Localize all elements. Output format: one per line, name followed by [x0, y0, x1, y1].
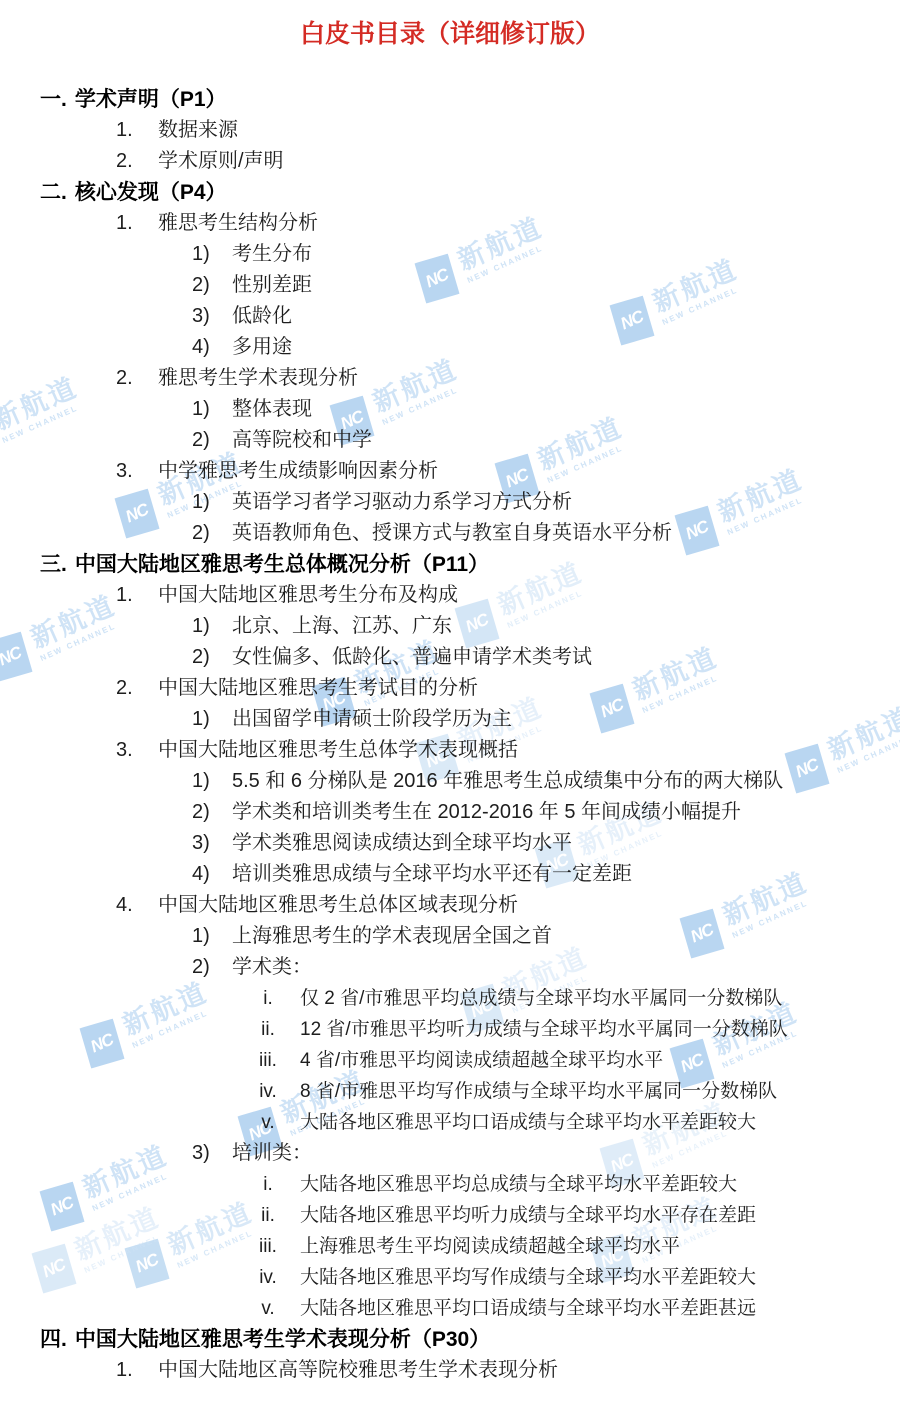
toc-item: 3)培训类：: [0, 1138, 900, 1169]
toc-item-text: 学术类：: [232, 956, 312, 978]
toc-item-text: 中国大陆地区高等院校雅思考生学术表现分析: [158, 1359, 558, 1381]
toc-item-text: 中国大陆地区雅思考生分布及构成: [158, 584, 458, 606]
toc-item-number: 3.: [116, 735, 158, 766]
toc-item: 1)出国留学申请硕士阶段学历为主: [0, 704, 900, 735]
toc-item-number: 3): [192, 828, 232, 859]
toc-item-text: 性别差距: [232, 274, 312, 296]
toc-item: 1.雅思考生结构分析: [0, 208, 900, 239]
toc-item: i.仅 2 省/市雅思平均总成绩与全球平均水平属同一分数梯队: [0, 983, 900, 1014]
toc-item: 1.数据来源: [0, 115, 900, 146]
toc-item: 2)学术类：: [0, 952, 900, 983]
toc-item-text: 中国大陆地区雅思考生总体概况分析（P11）: [75, 553, 489, 576]
toc-item-text: 出国留学申请硕士阶段学历为主: [232, 708, 512, 730]
toc-item: i.大陆各地区雅思平均总成绩与全球平均水平差距较大: [0, 1169, 900, 1200]
toc-item: iv.大陆各地区雅思平均写作成绩与全球平均水平差距较大: [0, 1262, 900, 1293]
toc-item-number: 3.: [116, 456, 158, 487]
toc-item-text: 中国大陆地区雅思考生总体学术表现概括: [158, 739, 518, 761]
toc-item-number: ii.: [243, 1200, 293, 1231]
toc-item: 2)学术类和培训类考生在 2012-2016 年 5 年间成绩小幅提升: [0, 797, 900, 828]
toc-item-text: 雅思考生学术表现分析: [158, 367, 358, 389]
toc-item-text: 多用途: [232, 336, 292, 358]
toc-item-number: 2): [192, 270, 232, 301]
toc-item-number: iv.: [243, 1076, 293, 1107]
toc-item-text: 中学雅思考生成绩影响因素分析: [158, 460, 438, 482]
toc-item-number: 1.: [116, 115, 158, 146]
toc-item: 2.中国大陆地区雅思考生考试目的分析: [0, 673, 900, 704]
toc-section-heading: 四.中国大陆地区雅思考生学术表现分析（P30）: [0, 1324, 900, 1355]
toc-item: ii.12 省/市雅思平均听力成绩与全球平均水平属同一分数梯队: [0, 1014, 900, 1045]
toc-item: 3.中学雅思考生成绩影响因素分析: [0, 456, 900, 487]
toc-item-number: iv.: [243, 1262, 293, 1293]
toc-item: 1)考生分布: [0, 239, 900, 270]
toc-item-number: ii.: [243, 1014, 293, 1045]
toc-item-number: v.: [243, 1107, 293, 1138]
toc-item-number: 2): [192, 952, 232, 983]
toc-item-text: 培训类雅思成绩与全球平均水平还有一定差距: [232, 863, 632, 885]
toc-item-text: 4 省/市雅思平均阅读成绩超越全球平均水平: [300, 1050, 663, 1071]
toc-item-number: i.: [243, 983, 293, 1014]
toc-item: v.大陆各地区雅思平均口语成绩与全球平均水平差距甚远: [0, 1293, 900, 1324]
toc-item: 2)英语教师角色、授课方式与教室自身英语水平分析: [0, 518, 900, 549]
toc-item-text: 大陆各地区雅思平均总成绩与全球平均水平差距较大: [300, 1174, 737, 1195]
toc-item: iii.4 省/市雅思平均阅读成绩超越全球平均水平: [0, 1045, 900, 1076]
toc-item-number: 1.: [116, 580, 158, 611]
toc-item: ii.大陆各地区雅思平均听力成绩与全球平均水平存在差距: [0, 1200, 900, 1231]
toc-item-number: 3): [192, 1138, 232, 1169]
toc-item: 1)整体表现: [0, 394, 900, 425]
toc-item-number: 2): [192, 797, 232, 828]
toc-item-number: 4): [192, 332, 232, 363]
toc-item-number: v.: [243, 1293, 293, 1324]
toc-item-text: 低龄化: [232, 305, 292, 327]
toc-item: 2)性别差距: [0, 270, 900, 301]
toc-item-number: 1): [192, 704, 232, 735]
toc-item-text: 8 省/市雅思平均写作成绩与全球平均水平属同一分数梯队: [300, 1081, 777, 1102]
toc-item-text: 数据来源: [158, 119, 238, 141]
toc-item-text: 核心发现（P4）: [75, 181, 227, 204]
toc-item-text: 考生分布: [232, 243, 312, 265]
toc-section-heading: 一.学术声明（P1）: [0, 84, 900, 115]
toc-item-number: iii.: [243, 1231, 293, 1262]
document-page: NC新航道NEW CHANNELNC新航道NEW CHANNELNC新航道NEW…: [0, 0, 900, 1413]
toc-item-text: 英语教师角色、授课方式与教室自身英语水平分析: [232, 522, 672, 544]
toc-section-heading: 二.核心发现（P4）: [0, 177, 900, 208]
toc-item-text: 高等院校和中学: [232, 429, 372, 451]
toc-item-text: 大陆各地区雅思平均口语成绩与全球平均水平差距甚远: [300, 1298, 756, 1319]
toc-item-text: 上海雅思考生的学术表现居全国之首: [232, 925, 552, 947]
toc-item-number: 2): [192, 425, 232, 456]
toc-item: 1.中国大陆地区雅思考生分布及构成: [0, 580, 900, 611]
toc-item-number: 4.: [116, 890, 158, 921]
toc-item-number: 1): [192, 921, 232, 952]
toc-item: iv.8 省/市雅思平均写作成绩与全球平均水平属同一分数梯队: [0, 1076, 900, 1107]
toc-item: 3)低龄化: [0, 301, 900, 332]
toc-item-number: 1): [192, 394, 232, 425]
toc-item-text: 培训类：: [232, 1142, 312, 1164]
toc-item: iii.上海雅思考生平均阅读成绩超越全球平均水平: [0, 1231, 900, 1262]
toc-item-number: 4): [192, 859, 232, 890]
toc: 一.学术声明（P1）1.数据来源2.学术原则/声明二.核心发现（P4）1.雅思考…: [0, 84, 900, 1386]
toc-item: 1)英语学习者学习驱动力系学习方式分析: [0, 487, 900, 518]
toc-item: 1.中国大陆地区高等院校雅思考生学术表现分析: [0, 1355, 900, 1386]
toc-item-number: 1): [192, 487, 232, 518]
toc-item-text: 大陆各地区雅思平均听力成绩与全球平均水平存在差距: [300, 1205, 756, 1226]
toc-item-number: 一.: [40, 84, 67, 115]
toc-item-number: 二.: [40, 177, 67, 208]
toc-item-number: 三.: [40, 549, 67, 580]
toc-item: 1)5.5 和 6 分梯队是 2016 年雅思考生总成绩集中分布的两大梯队: [0, 766, 900, 797]
toc-item-text: 学术声明（P1）: [75, 88, 227, 111]
toc-item-number: i.: [243, 1169, 293, 1200]
toc-item: 1)上海雅思考生的学术表现居全国之首: [0, 921, 900, 952]
toc-item-text: 雅思考生结构分析: [158, 212, 318, 234]
toc-item-number: 2.: [116, 146, 158, 177]
toc-item-text: 中国大陆地区雅思考生学术表现分析（P30）: [75, 1328, 490, 1351]
toc-item: 2.学术原则/声明: [0, 146, 900, 177]
toc-item: v.大陆各地区雅思平均口语成绩与全球平均水平差距较大: [0, 1107, 900, 1138]
toc-item-text: 女性偏多、低龄化、普遍申请学术类考试: [232, 646, 592, 668]
toc-item: 2)女性偏多、低龄化、普遍申请学术类考试: [0, 642, 900, 673]
toc-item: 2.雅思考生学术表现分析: [0, 363, 900, 394]
toc-item-text: 学术原则/声明: [158, 150, 284, 172]
toc-item: 3.中国大陆地区雅思考生总体学术表现概括: [0, 735, 900, 766]
toc-item-number: 1): [192, 239, 232, 270]
toc-item-text: 仅 2 省/市雅思平均总成绩与全球平均水平属同一分数梯队: [300, 988, 782, 1009]
toc-item-text: 英语学习者学习驱动力系学习方式分析: [232, 491, 572, 513]
toc-item: 4)多用途: [0, 332, 900, 363]
toc-item-number: iii.: [243, 1045, 293, 1076]
toc-item-number: 2.: [116, 363, 158, 394]
toc-item-text: 整体表现: [232, 398, 312, 420]
toc-item-text: 中国大陆地区雅思考生总体区域表现分析: [158, 894, 518, 916]
toc-item-text: 12 省/市雅思平均听力成绩与全球平均水平属同一分数梯队: [300, 1019, 788, 1040]
toc-item-number: 1.: [116, 208, 158, 239]
toc-item-text: 大陆各地区雅思平均写作成绩与全球平均水平差距较大: [300, 1267, 756, 1288]
toc-item-text: 大陆各地区雅思平均口语成绩与全球平均水平差距较大: [300, 1112, 756, 1133]
toc-item-number: 1.: [116, 1355, 158, 1386]
toc-item-number: 1): [192, 611, 232, 642]
toc-item: 4.中国大陆地区雅思考生总体区域表现分析: [0, 890, 900, 921]
toc-item-number: 1): [192, 766, 232, 797]
toc-item-number: 2): [192, 642, 232, 673]
toc-item: 1)北京、上海、江苏、广东: [0, 611, 900, 642]
toc-item: 3)学术类雅思阅读成绩达到全球平均水平: [0, 828, 900, 859]
toc-item: 2)高等院校和中学: [0, 425, 900, 456]
toc-item-text: 北京、上海、江苏、广东: [232, 615, 452, 637]
toc-item: 4)培训类雅思成绩与全球平均水平还有一定差距: [0, 859, 900, 890]
toc-item-text: 5.5 和 6 分梯队是 2016 年雅思考生总成绩集中分布的两大梯队: [232, 770, 783, 792]
toc-item-text: 中国大陆地区雅思考生考试目的分析: [158, 677, 478, 699]
toc-section-heading: 三.中国大陆地区雅思考生总体概况分析（P11）: [0, 549, 900, 580]
toc-item-number: 3): [192, 301, 232, 332]
toc-item-text: 学术类和培训类考生在 2012-2016 年 5 年间成绩小幅提升: [232, 801, 741, 823]
toc-item-number: 2.: [116, 673, 158, 704]
toc-item-number: 四.: [40, 1324, 67, 1355]
toc-item-number: 2): [192, 518, 232, 549]
page-title: 白皮书目录（详细修订版）: [0, 0, 900, 50]
toc-item-text: 上海雅思考生平均阅读成绩超越全球平均水平: [300, 1236, 680, 1257]
toc-item-text: 学术类雅思阅读成绩达到全球平均水平: [232, 832, 572, 854]
